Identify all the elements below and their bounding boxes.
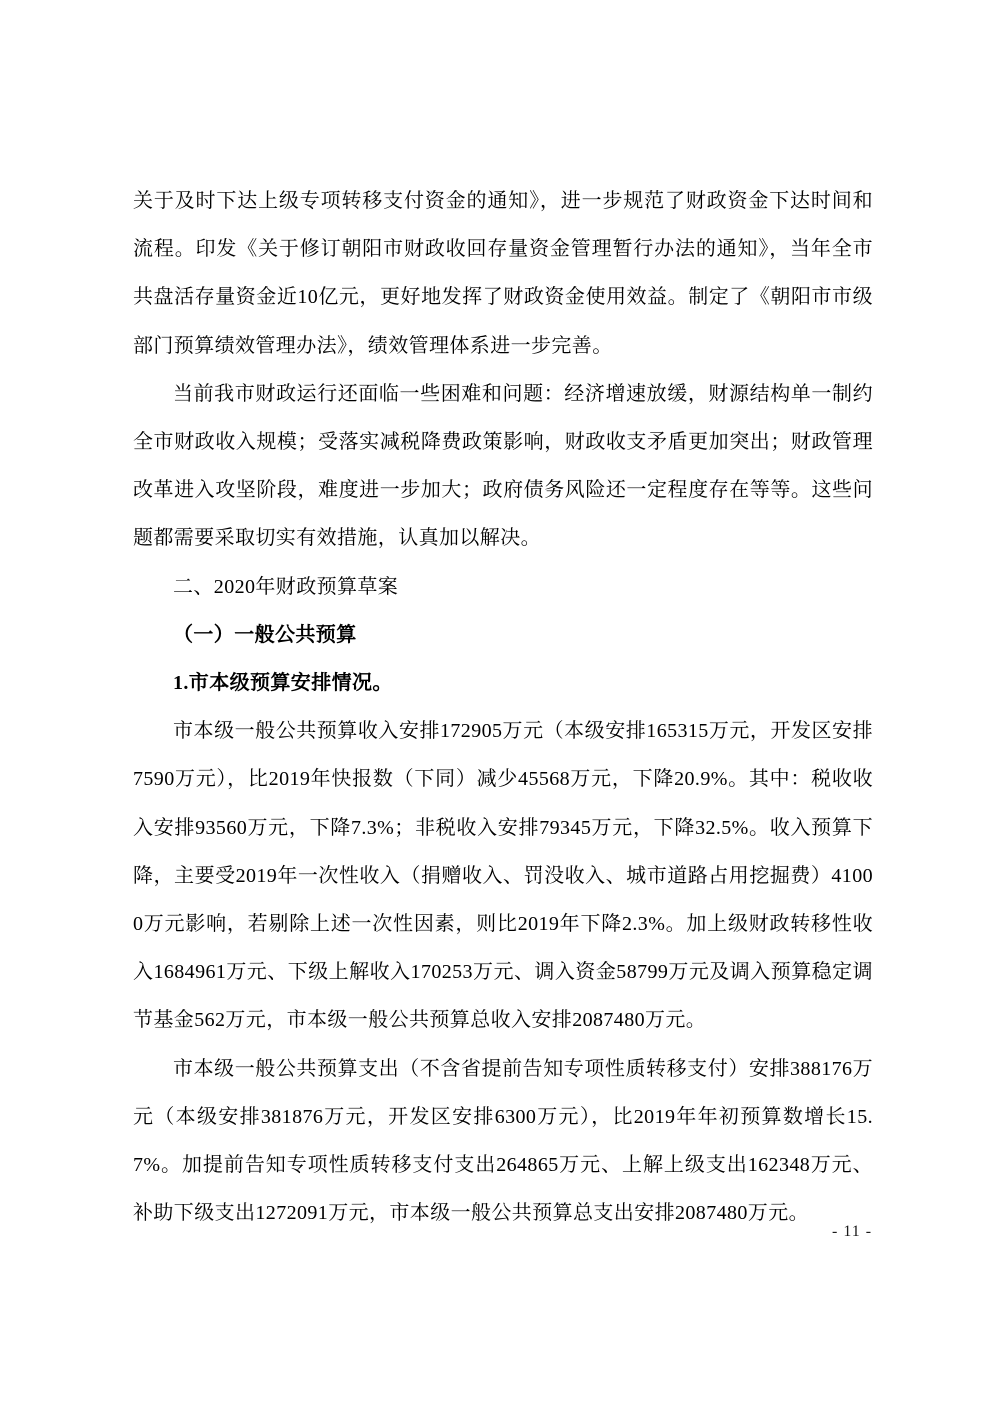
paragraph-revenue-budget: 市本级一般公共预算收入安排172905万元（本级安排165315万元，开发区安排… [133,707,873,1044]
paragraph-expenditure-budget: 市本级一般公共预算支出（不含省提前告知专项性质转移支付）安排388176万元（本… [133,1045,873,1238]
document-page: 关于及时下达上级专项转移支付资金的通知》，进一步规范了财政资金下达时间和流程。印… [0,0,991,1403]
heading-2020-budget-draft: 二、2020年财政预算草案 [133,563,873,611]
paragraph-fiscal-difficulties: 当前我市财政运行还面临一些困难和问题：经济增速放缓，财源结构单一制约全市财政收入… [133,370,873,563]
page-number: - 11 - [832,1221,872,1243]
heading-general-public-budget: （一）一般公共预算 [133,611,873,659]
paragraph-transfer-payment-notice: 关于及时下达上级专项转移支付资金的通知》，进一步规范了财政资金下达时间和流程。印… [133,177,873,370]
heading-municipal-budget-arrangement: 1.市本级预算安排情况。 [133,659,873,707]
document-content: 关于及时下达上级专项转移支付资金的通知》，进一步规范了财政资金下达时间和流程。印… [133,177,873,1237]
